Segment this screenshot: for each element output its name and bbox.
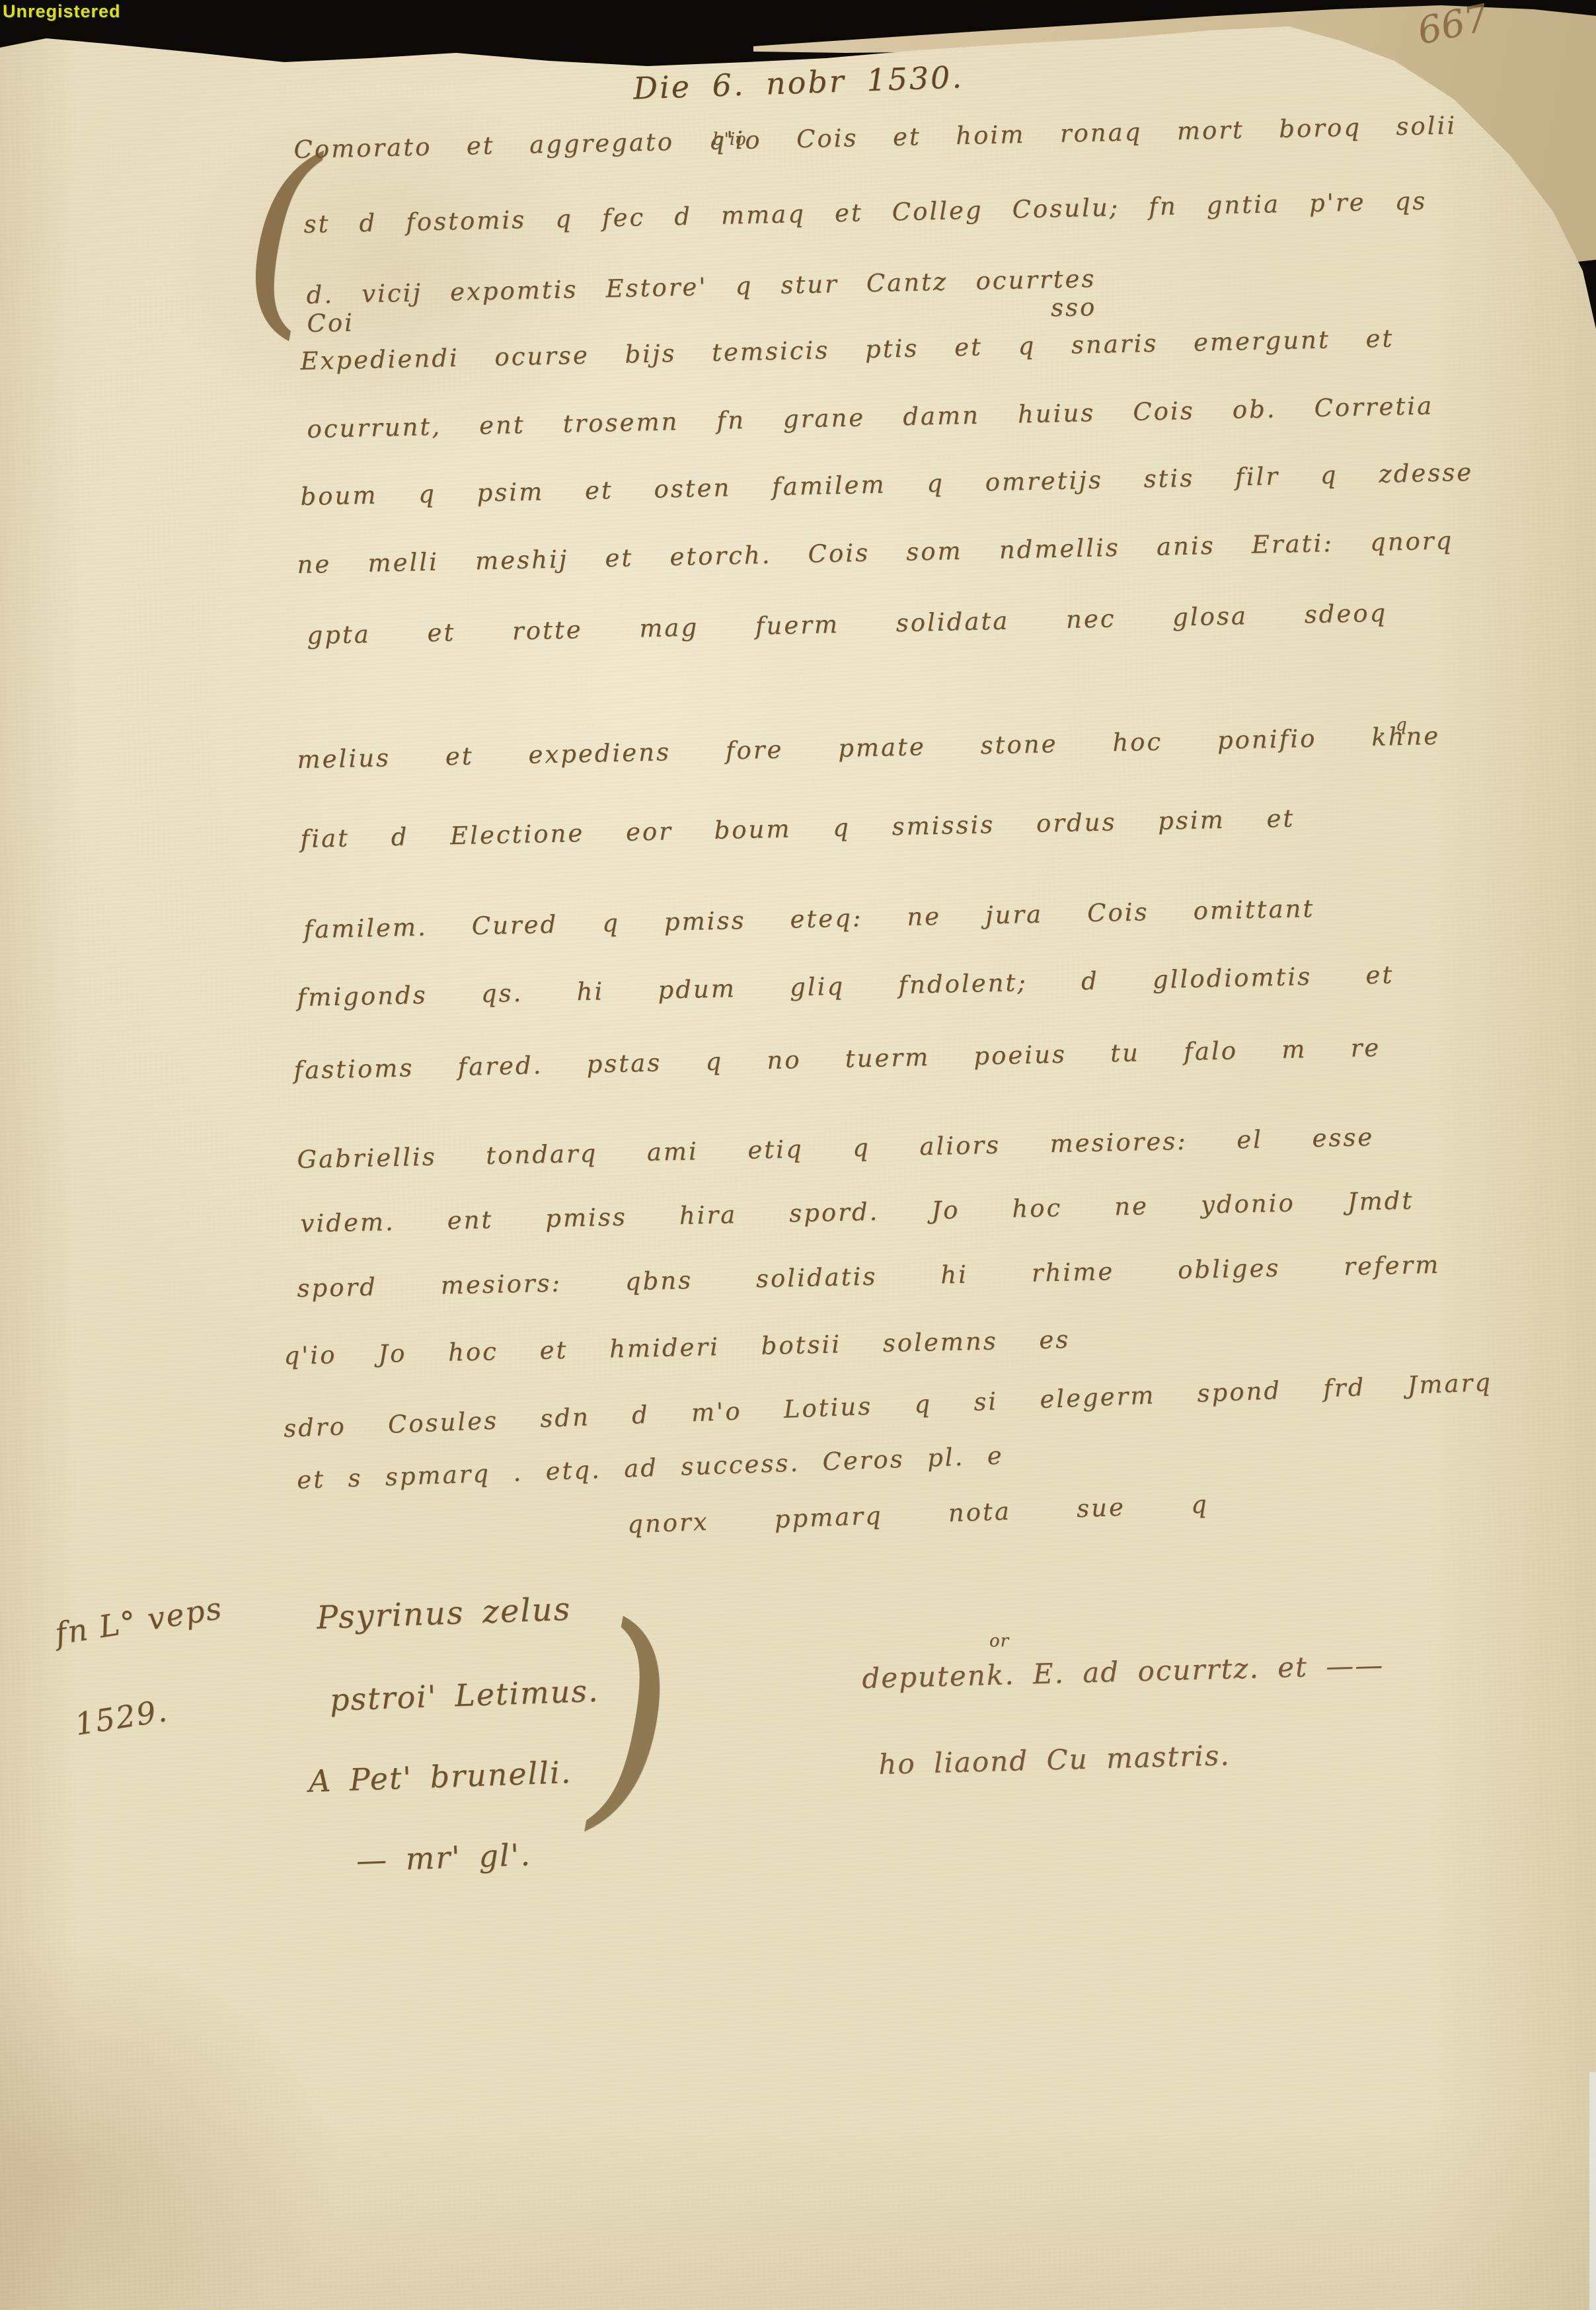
right-edge-paper-sliver: [1589, 2072, 1596, 2310]
names-closing-bracket: ): [588, 1576, 673, 1851]
resolution-superscript: or: [989, 1631, 1009, 1651]
elected-name: — mr' gl'.: [356, 1837, 532, 1878]
scanner-watermark: Unregistered: [3, 1, 121, 22]
manuscript-scan: Unregistered 667 Die 6. nobr 1530. ( b'i…: [0, 0, 1596, 2310]
